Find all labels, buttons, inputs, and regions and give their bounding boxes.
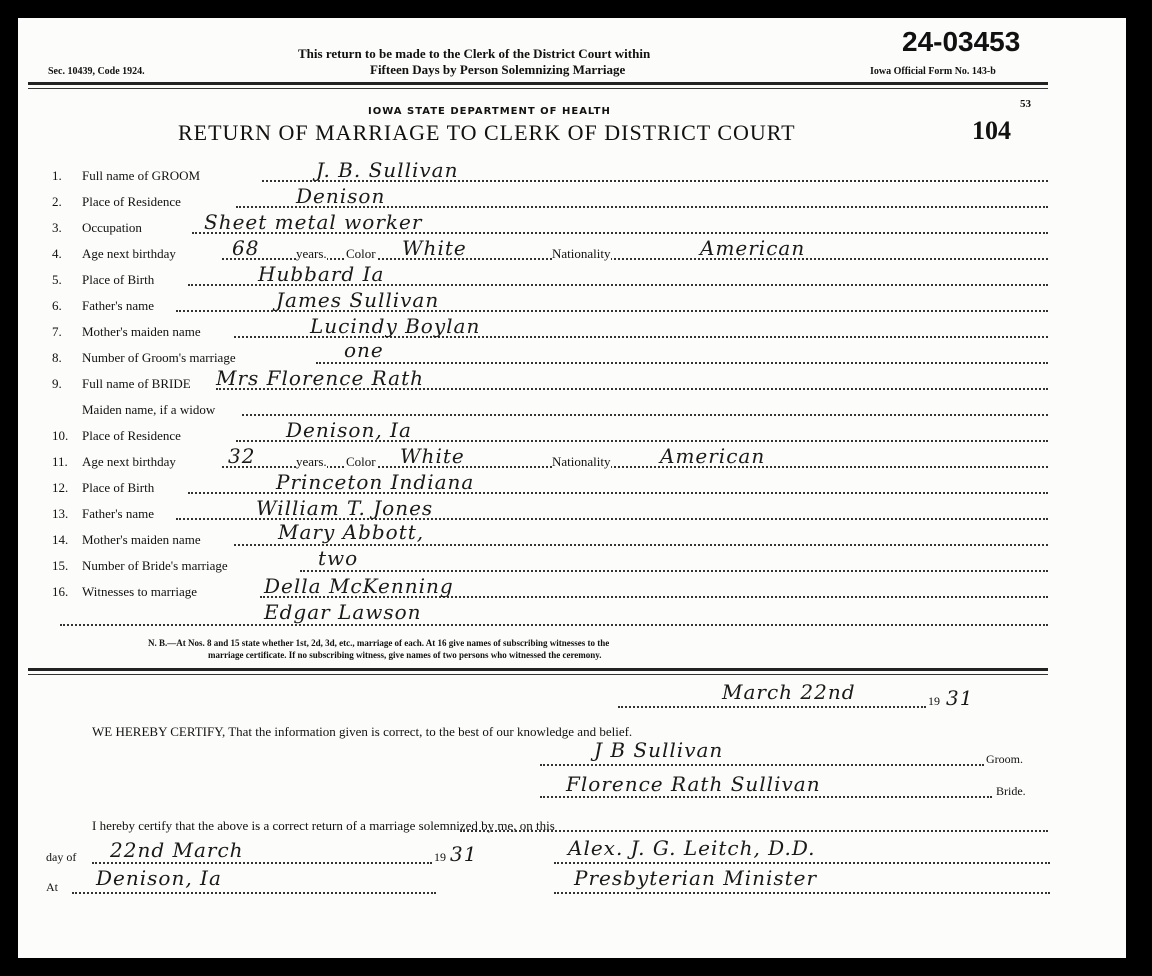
note-line-2: marriage certificate. If no subscribing … (208, 650, 602, 660)
bride-color-label: Color (346, 454, 376, 470)
officiant-title-line (554, 892, 1050, 894)
certify-year: 31 (946, 686, 973, 710)
bride-mother-maiden-name: Mary Abbott, (278, 520, 424, 544)
groom-residence: Denison (296, 184, 385, 208)
bride-color: White (400, 444, 465, 468)
groom-occupation: Sheet metal worker (204, 210, 422, 234)
department-name: IOWA STATE DEPARTMENT OF HEALTH (368, 106, 611, 117)
bride-age: 32 (228, 444, 255, 468)
field-9-label: 9.Full name of BRIDE (52, 376, 191, 392)
bride-father-name: William T. Jones (256, 496, 433, 520)
groom-signature-line (540, 764, 984, 766)
groom-father-name: James Sullivan (276, 288, 439, 312)
bride-years-label: years. (296, 454, 327, 470)
field-8-line (316, 362, 1048, 364)
instruction-line-1: This return to be made to the Clerk of t… (298, 46, 650, 62)
field-2-label: 2.Place of Residence (52, 194, 181, 210)
bride-marriage-number: two (318, 546, 358, 570)
maiden-name-label: Maiden name, if a widow (52, 402, 215, 418)
note-line-1: N. B.—At Nos. 8 and 15 state whether 1st… (148, 638, 609, 648)
groom-signature: J B Sullivan (594, 738, 723, 762)
officiant-year: 31 (450, 842, 477, 866)
form-number: Iowa Official Form No. 143-b (870, 66, 996, 77)
couple-certify-statement: WE HEREBY CERTIFY, That the information … (92, 724, 632, 740)
groom-color: White (402, 236, 467, 260)
maiden-name-line (242, 414, 1048, 416)
officiant-day: 22nd March (110, 838, 244, 862)
officiant-statement-line (460, 830, 1048, 832)
at-label: At (46, 880, 58, 895)
groom-marriage-number: one (344, 338, 384, 362)
page-mark: 53 (1020, 98, 1031, 110)
field-7-label: 7.Mother's maiden name (52, 324, 201, 340)
groom-age: 68 (232, 236, 259, 260)
bride-signature: Florence Rath Sullivan (566, 772, 821, 796)
bride-signature-label: Bride. (996, 784, 1026, 799)
groom-nationality-label: Nationality (552, 246, 611, 262)
groom-color-label: Color (346, 246, 376, 262)
form-title: RETURN OF MARRIAGE TO CLERK OF DISTRICT … (178, 120, 796, 146)
field-14-label: 14.Mother's maiden name (52, 532, 201, 548)
groom-signature-label: Groom. (986, 752, 1023, 767)
page-number: 104 (972, 116, 1011, 146)
section-code: Sec. 10439, Code 1924. (48, 66, 145, 77)
bride-residence: Denison, Ia (286, 418, 412, 442)
bride-signature-line (540, 796, 992, 798)
officiant-year-prefix: 19 (434, 850, 446, 865)
bride-nationality: American (660, 444, 765, 468)
groom-name: J. B. Sullivan (316, 158, 458, 182)
note-divider (28, 668, 1048, 671)
field-3-label: 3.Occupation (52, 220, 142, 236)
certify-year-prefix: 19 (928, 694, 940, 709)
witness-2: Edgar Lawson (264, 600, 422, 624)
witness-1: Della McKenning (264, 574, 454, 598)
marriage-return-form (18, 18, 1126, 958)
groom-nationality: American (700, 236, 805, 260)
instruction-line-2: Fifteen Days by Person Solemnizing Marri… (370, 62, 625, 78)
header-divider-thin (28, 88, 1048, 89)
field-5-label: 5.Place of Birth (52, 272, 154, 288)
officiant-title: Presbyterian Minister (574, 866, 817, 890)
bride-birthplace: Princeton Indiana (276, 470, 474, 494)
header-divider (28, 82, 1048, 85)
field-15-line (300, 570, 1048, 572)
field-6-label: 6.Father's name (52, 298, 154, 314)
bride-nationality-label: Nationality (552, 454, 611, 470)
officiant-signature: Alex. J. G. Leitch, D.D. (568, 836, 816, 860)
groom-mother-maiden-name: Lucindy Boylan (310, 314, 480, 338)
field-13-label: 13.Father's name (52, 506, 154, 522)
field-11-label: 11.Age next birthday (52, 454, 176, 470)
certify-date: March 22nd (722, 680, 856, 704)
note-divider-thin (28, 674, 1048, 675)
date-line (618, 706, 926, 708)
field-8-label: 8.Number of Groom's marriage (52, 350, 236, 366)
field-15-label: 15.Number of Bride's marriage (52, 558, 228, 574)
officiant-signature-line (554, 862, 1050, 864)
field-12-label: 12.Place of Birth (52, 480, 154, 496)
field-10-label: 10.Place of Residence (52, 428, 181, 444)
bride-name: Mrs Florence Rath (216, 366, 424, 390)
place-line (72, 892, 436, 894)
field-1-label: 1.Full name of GROOM (52, 168, 200, 184)
field-4-label: 4.Age next birthday (52, 246, 176, 262)
groom-birthplace: Hubbard Ia (258, 262, 384, 286)
day-of-label: day of (46, 850, 76, 865)
groom-years-label: years. (296, 246, 327, 262)
record-number: 24-03453 (902, 26, 1020, 58)
officiant-place: Denison, Ia (96, 866, 222, 890)
field-16-label: 16.Witnesses to marriage (52, 584, 197, 600)
day-line (92, 862, 432, 864)
field-16-line-2 (60, 624, 1048, 626)
